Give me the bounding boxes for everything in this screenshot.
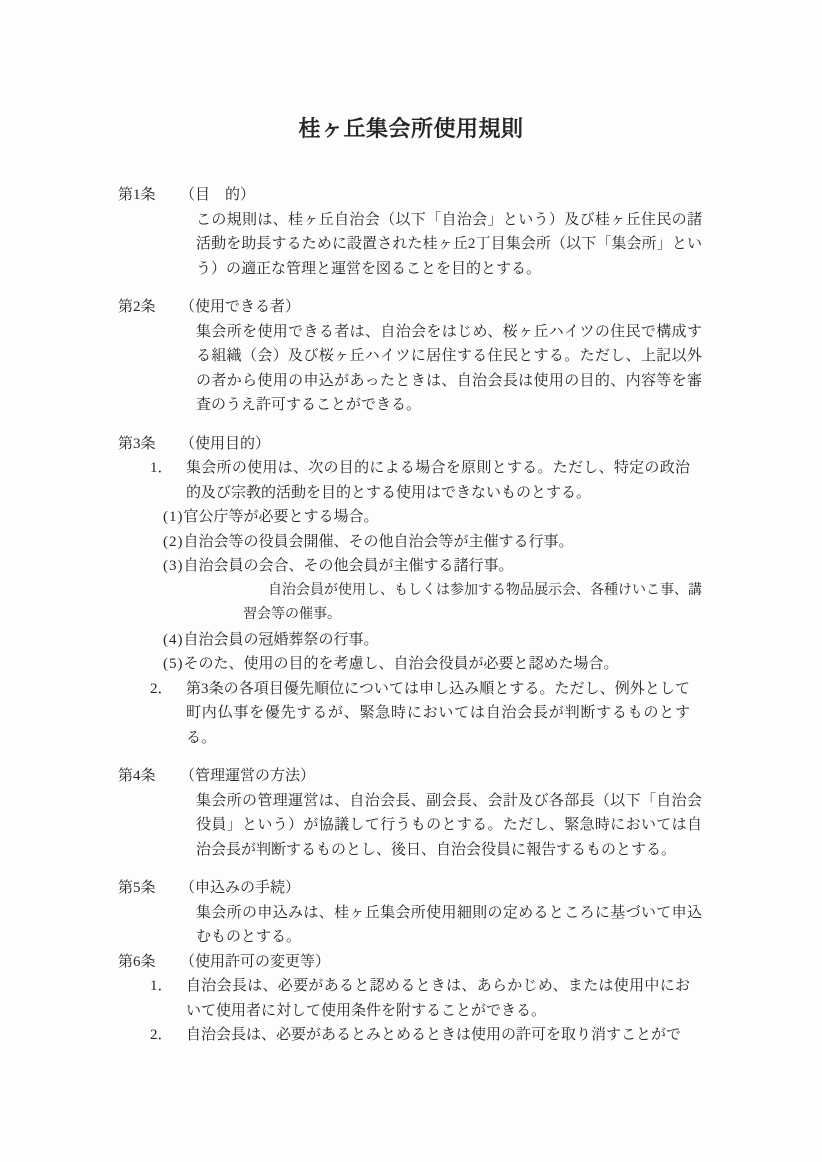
numbered-item: 1．集会所の使用は、次の目的による場合を原則とする。ただし、特定の政治的及び宗教… [118, 456, 702, 505]
article-paragraph: 集会所の申込みは、桂ヶ丘集会所使用細則の定めるところに基づいて申込むものとする。 [196, 901, 702, 950]
item-label: 1． [150, 974, 173, 999]
item-text: 集会所の使用は、次の目的による場合を原則とする。ただし、特定の政治的及び宗教的活… [186, 460, 690, 501]
article-number: 第2条 [118, 295, 180, 320]
article-header: 第1条（目 的） [118, 183, 702, 208]
article-paragraph: 集会所を使用できる者は、自治会をはじめ、桜ヶ丘ハイツの住民で構成する組織（会）及… [196, 320, 702, 418]
article-heading: （使用目的） [180, 432, 270, 457]
article-2: 第2条（使用できる者）集会所を使用できる者は、自治会をはじめ、桜ヶ丘ハイツの住民… [118, 295, 702, 418]
article-header: 第6条（使用許可の変更等） [118, 950, 702, 975]
item-text: 官公庁等が必要とする場合。 [184, 509, 379, 525]
article-number: 第5条 [118, 876, 180, 901]
item-label: (1) [163, 509, 184, 525]
parenthesized-sub-item: (4)自治会員の冠婚葬祭の行事。 [118, 628, 702, 653]
numbered-item: 1．自治会長は、必要があると認めるときは、あらかじめ、または使用中において使用者… [118, 974, 702, 1023]
parenthesized-sub-item: (2)自治会等の役員会開催、その他自治会等が主催する行事。 [118, 530, 702, 555]
article-number: 第1条 [118, 183, 180, 208]
item-text: 自治会長は、必要があると認めるときは、あらかじめ、または使用中において使用者に対… [186, 978, 690, 1019]
article-heading: （管理運営の方法） [180, 764, 315, 789]
scanned-document-page: 桂ヶ丘集会所使用規則 第1条（目 的）この規則は、桂ヶ丘自治会（以下「自治会」と… [0, 0, 822, 1162]
article-6: 第6条（使用許可の変更等）1．自治会長は、必要があると認めるときは、あらかじめ、… [118, 950, 702, 1048]
item-text: 自治会等の役員会開催、その他自治会等が主催する行事。 [184, 534, 574, 550]
item-text: 自治会員の会合、その他会員が主催する諸行事。 [184, 558, 514, 574]
document-title: 桂ヶ丘集会所使用規則 [0, 0, 822, 142]
item-label: 1． [150, 456, 173, 481]
article-number: 第3条 [118, 432, 180, 457]
item-label: (5) [163, 656, 184, 672]
item-text: 自治会員の冠婚葬祭の行事。 [184, 632, 379, 648]
item-label: 2． [150, 1023, 173, 1048]
article-heading: （使用できる者） [180, 295, 300, 320]
item-label: (3) [163, 558, 184, 574]
article-heading: （申込みの手続） [180, 876, 300, 901]
article-header: 第5条（申込みの手続） [118, 876, 702, 901]
numbered-item: 2．第3条の各項目優先順位については申し込み順とする。ただし、例外として町内仏事… [118, 677, 702, 751]
articles-container: 第1条（目 的）この規則は、桂ヶ丘自治会（以下「自治会」という）及び桂ヶ丘住民の… [118, 183, 702, 1062]
article-heading: （使用許可の変更等） [180, 950, 330, 975]
parenthesized-sub-item: (5)そのた、使用の目的を考慮し、自治会役員が必要と認めた場合。 [118, 652, 702, 677]
item-text: 第3条の各項目優先順位については申し込み順とする。ただし、例外として町内仏事を優… [186, 681, 690, 746]
article-paragraph: 集会所の管理運営は、自治会長、副会長、会計及び各部長（以下「自治会役員」という）… [196, 789, 702, 863]
article-header: 第4条（管理運営の方法） [118, 764, 702, 789]
article-5: 第5条（申込みの手続）集会所の申込みは、桂ヶ丘集会所使用細則の定めるところに基づ… [118, 876, 702, 950]
parenthesized-sub-item: (3)自治会員の会合、その他会員が主催する諸行事。 [118, 554, 702, 579]
item-label: 2． [150, 677, 173, 702]
item-text: そのた、使用の目的を考慮し、自治会役員が必要と認めた場合。 [184, 656, 619, 672]
article-number: 第4条 [118, 764, 180, 789]
article-header: 第2条（使用できる者） [118, 295, 702, 320]
article-paragraph: この規則は、桂ヶ丘自治会（以下「自治会」という）及び桂ヶ丘住民の諸活動を助長する… [196, 208, 702, 282]
article-3: 第3条（使用目的）1．集会所の使用は、次の目的による場合を原則とする。ただし、特… [118, 432, 702, 751]
item-label: (2) [163, 534, 184, 550]
sub-item-note: 自治会員が使用し、もしくは参加する物品展示会、各種けいこ事、講習会等の催事。 [243, 579, 702, 628]
article-1: 第1条（目 的）この規則は、桂ヶ丘自治会（以下「自治会」という）及び桂ヶ丘住民の… [118, 183, 702, 281]
article-4: 第4条（管理運営の方法）集会所の管理運営は、自治会長、副会長、会計及び各部長（以… [118, 764, 702, 862]
item-label: (4) [163, 632, 184, 648]
item-text: 自治会長は、必要があるとみとめるときは使用の許可を取り消すことがで [186, 1027, 681, 1043]
article-number: 第6条 [118, 950, 180, 975]
article-heading: （目 的） [180, 183, 255, 208]
parenthesized-sub-item: (1)官公庁等が必要とする場合。 [118, 505, 702, 530]
article-header: 第3条（使用目的） [118, 432, 702, 457]
numbered-item: 2．自治会長は、必要があるとみとめるときは使用の許可を取り消すことがで [118, 1023, 702, 1048]
